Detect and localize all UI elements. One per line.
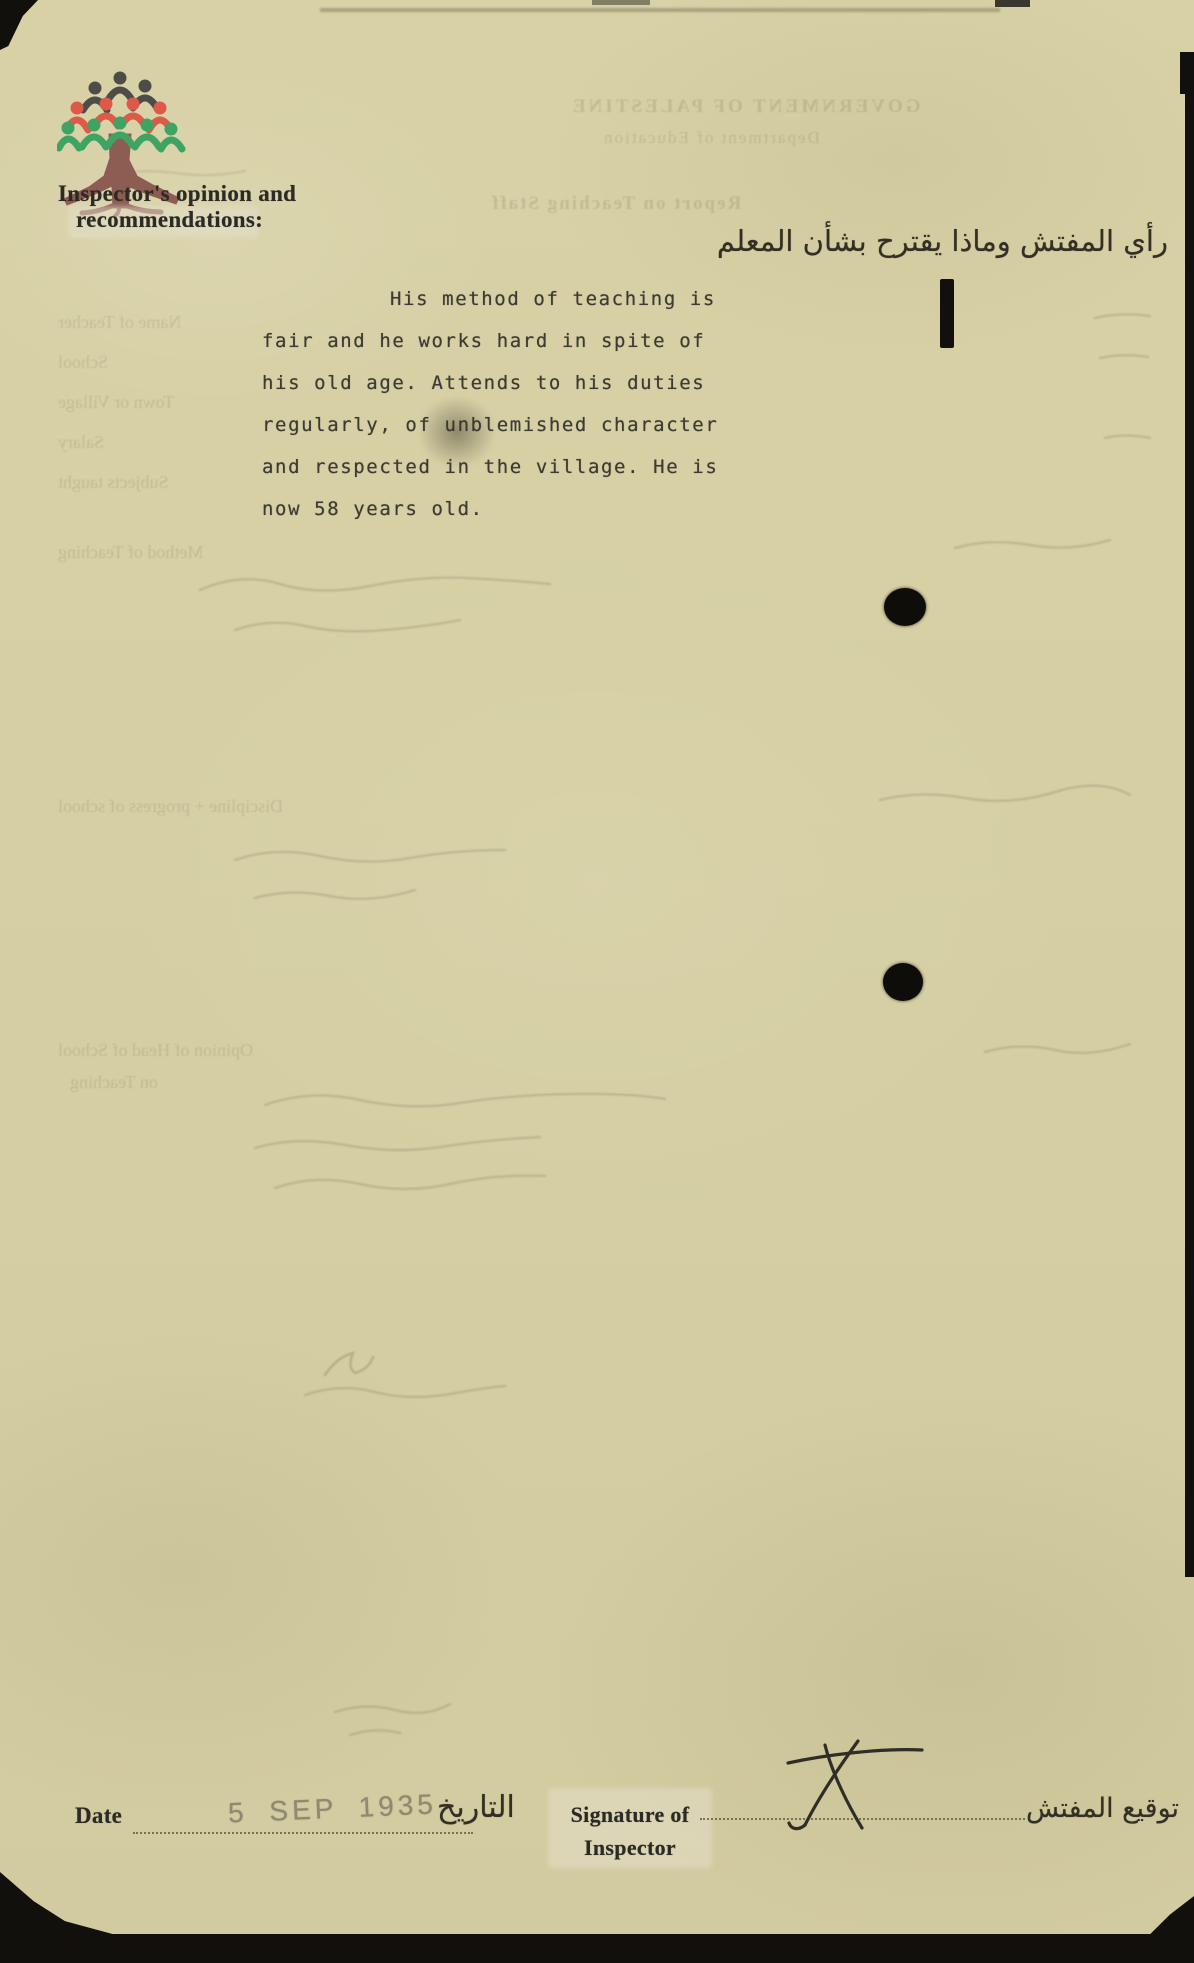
- signature-label-line2: Inspector: [555, 1831, 705, 1864]
- person-figure-gray: [83, 72, 157, 111]
- scan-artifact-top-dash: [592, 0, 650, 5]
- handwriting-ghost: [235, 620, 460, 631]
- typewritten-line: and respected in the village. He is: [262, 456, 718, 478]
- handwriting-ghost: [880, 786, 1130, 801]
- tree-canopy: [59, 72, 182, 150]
- handwriting-ghost: [255, 890, 415, 899]
- ink-smudge: [418, 396, 496, 468]
- signature-label-line1: Signature of: [555, 1798, 705, 1831]
- punch-hole-top: [884, 588, 926, 626]
- handwriting-ghost: [335, 1704, 450, 1713]
- typewritten-line: now 58 years old.: [262, 498, 484, 520]
- handwriting-ghost: [1105, 436, 1150, 439]
- scan-artifact-top-streak: [320, 8, 1000, 12]
- handwriting-ghost: [350, 1730, 400, 1735]
- date-label: Date: [75, 1803, 122, 1829]
- scan-artifact-bottom-band: [52, 1934, 1194, 1963]
- opinion-label-line1: Inspector's opinion and: [58, 181, 296, 207]
- handwriting-ghost: [325, 1353, 373, 1375]
- handwriting-ghost: [955, 540, 1110, 548]
- handwriting-ghost: [275, 1176, 545, 1189]
- handwriting-ghost: [1100, 355, 1148, 358]
- scanned-document-page: GOVERNMENT OF PALESTINE Department of Ed…: [0, 0, 1194, 1963]
- handwriting-ghost: [1095, 314, 1150, 318]
- signature-label-arabic: توقيع المفتش: [1026, 1793, 1179, 1824]
- handwriting-ghost: [235, 850, 505, 862]
- inspector-signature: [770, 1733, 930, 1833]
- scan-artifact-top-dash: [995, 0, 1030, 7]
- scan-artifact-right-strip-top: [1180, 52, 1194, 94]
- scan-artifact-right-strip: [1185, 52, 1194, 1577]
- handwriting-ghost: [255, 1137, 540, 1150]
- handwriting-ghost: [985, 1044, 1130, 1053]
- handwriting-ghost: [200, 578, 550, 591]
- opinion-label-line2: recommendations:: [76, 207, 263, 233]
- arabic-opinion-heading: رأي المفتش وماذا يقترح بشأن المعلم: [717, 224, 1168, 258]
- typewritten-line: fair and he works hard in spite of: [262, 330, 705, 352]
- handwriting-ghost: [305, 1386, 505, 1397]
- handwriting-ghost: [265, 1094, 665, 1107]
- typewritten-line: his old age. Attends to his duties: [262, 372, 705, 394]
- date-label-arabic: التاريخ: [437, 1790, 515, 1825]
- punch-hole-bottom: [883, 963, 923, 1001]
- typewritten-line: His method of teaching is: [390, 288, 716, 310]
- signature-label: Signature of Inspector: [555, 1798, 705, 1864]
- scan-artifact-binding-bar: [940, 279, 954, 348]
